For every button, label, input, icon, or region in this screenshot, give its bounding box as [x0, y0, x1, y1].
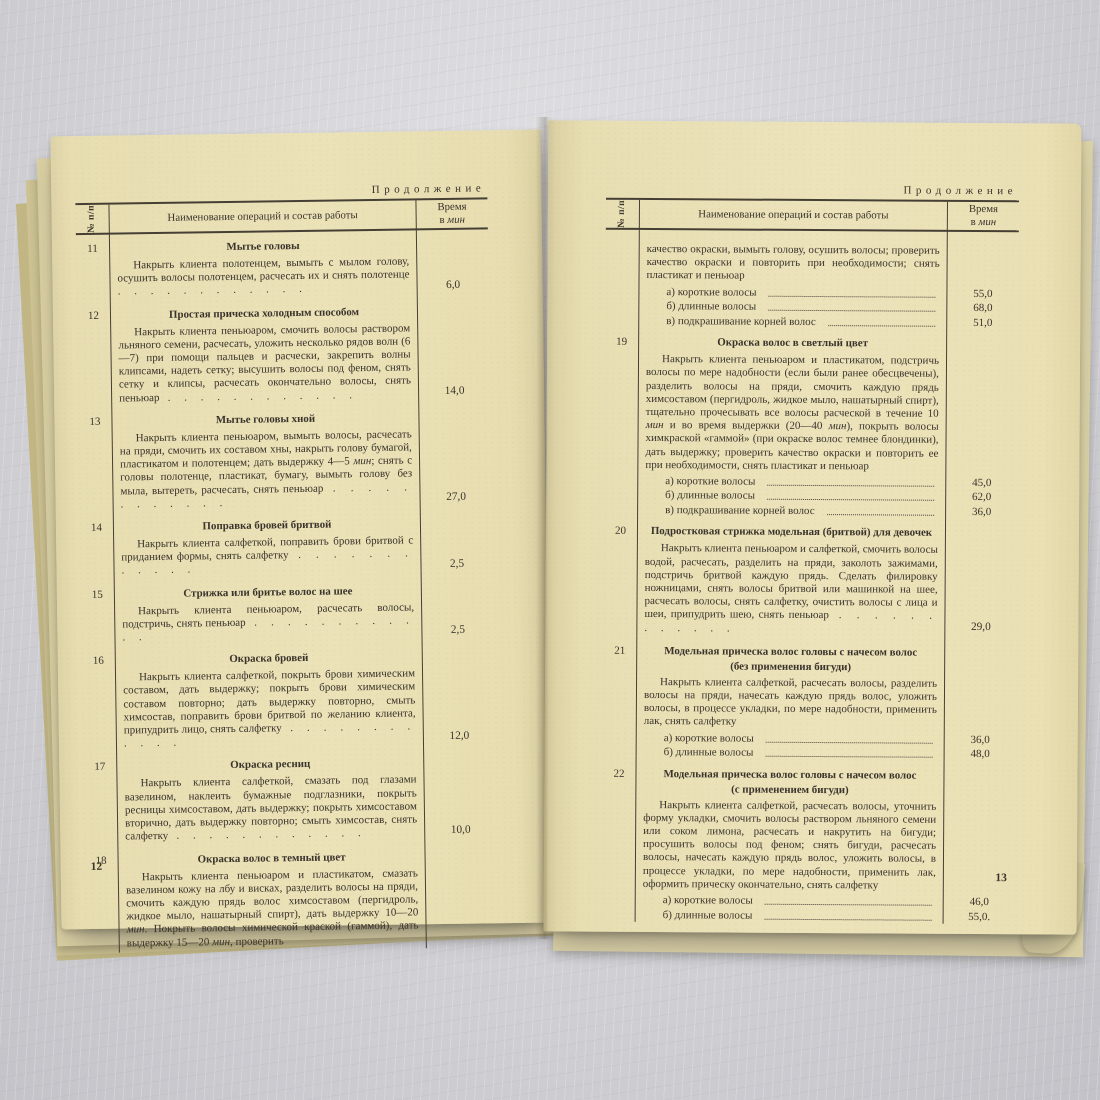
subitem-label: б) длинные волосы — [644, 745, 754, 760]
subitem: б) длинные волосы — [635, 908, 944, 924]
table-row: 18Окраска волос в темный цветНакрыть кли… — [84, 841, 497, 953]
row-number-spacer — [603, 540, 637, 637]
operation-body-row: Накрыть клиента салфеткой, расчесать вол… — [603, 674, 1016, 733]
time-value: 2,5 — [422, 624, 493, 643]
row-number-spacer — [83, 776, 117, 846]
table-body: качество окраски, вымыть голову, осушить… — [602, 230, 1019, 925]
leader-dots — [765, 756, 932, 758]
time-header-line1: Время — [969, 203, 998, 216]
header-cell-number: № п/п — [75, 205, 108, 233]
time-value: 27,0 — [420, 490, 491, 509]
subitem-label: а) короткие волосы — [643, 893, 753, 908]
operation-description: Накрыть клиента пеньюаром и салфеткой, с… — [636, 540, 946, 638]
time-value: 14,0 — [419, 384, 490, 403]
row-number: 22 — [602, 759, 635, 796]
operations-table: № п/п Наименование операций и состав раб… — [602, 198, 1019, 925]
operation-body-row: Накрыть клиента пеньюаром, смочить волос… — [77, 319, 490, 408]
subitem-label: а) короткие волосы — [645, 474, 755, 489]
time-value — [427, 942, 498, 948]
table-row: 22Модельная прическа волос головы с наче… — [602, 759, 1016, 924]
row-number-spacer — [605, 230, 638, 285]
page-number: 13 — [995, 872, 1007, 884]
operation-body-row: Накрыть клиента пеньюаром и пластикатом,… — [604, 351, 1018, 476]
row-number-spacer — [604, 351, 638, 474]
time-value: 48,0 — [945, 747, 1016, 762]
operation-body-row: Накрыть клиента пеньюаром, расчесать вол… — [81, 598, 494, 647]
row-number-spacer — [605, 284, 638, 299]
row-number: 11 — [76, 235, 109, 258]
row-number-header: № п/п — [87, 205, 97, 233]
operation-title-row: 20Подростковая стрижка модельная (бритво… — [604, 517, 1017, 543]
leader-dots — [768, 310, 935, 312]
operation-description: Накрыть клиента пеньюаром, вымыть волосы… — [112, 426, 421, 514]
operation-body-row: Накрыть клиента пеньюаром и пластикатом,… — [85, 864, 498, 953]
leader-dots — [827, 514, 934, 516]
operation-description: Накрыть клиента пеньюаром, смочить волос… — [110, 320, 419, 408]
row-number: 12 — [77, 301, 110, 324]
operation-title-cell: Подростковая стрижка модельная (бритвой)… — [637, 517, 946, 542]
row-number-spacer — [603, 674, 636, 731]
table-row: 20Подростковая стрижка модельная (бритво… — [603, 517, 1017, 639]
row-number-spacer — [80, 537, 114, 581]
time-value: 6,0 — [418, 278, 489, 297]
time-value: 12,0 — [424, 730, 495, 749]
operation-body-row: Накрыть клиента пеньюаром и салфеткой, с… — [603, 540, 1017, 639]
operation-description: Накрыть клиента пеньюаром и пластикатом,… — [637, 351, 947, 476]
operation-body-row: Накрыть клиента пеньюаром, вымыть волосы… — [79, 425, 492, 514]
table-row: 19Окраска волос в светлый цветНакрыть кл… — [604, 328, 1018, 520]
table-row: 13Мытье головы хнойНакрыть клиента пенью… — [78, 402, 491, 514]
row-number: 17 — [83, 753, 116, 776]
time-value: 62,0 — [946, 490, 1017, 505]
header-cell-time: Время в мин — [416, 199, 487, 228]
page-number: 12 — [91, 861, 103, 873]
leader-dots — [769, 295, 936, 297]
operation-description: Накрыть клиента полотенцем, вымыть с мыл… — [109, 253, 418, 301]
row-number-spacer — [82, 670, 116, 754]
operation-body-row: Накрыть клиента полотенцем, вымыть с мыл… — [76, 252, 489, 301]
leader-dots — [767, 499, 934, 501]
time-header-line2: в мин — [971, 216, 997, 229]
operation-body-row: Накрыть клиента салфеткой, расчесать вол… — [602, 796, 1016, 895]
time-value: 29,0 — [945, 621, 1016, 639]
operation-description: Накрыть клиента салфеткой, расчесать вол… — [635, 797, 945, 895]
operation-description: Накрыть клиента салфеткой, поправить бро… — [113, 532, 422, 580]
row-number-spacer — [602, 893, 635, 908]
row-number: 15 — [81, 580, 114, 603]
operation-title-row: 19Окраска волос в светлый цвет — [605, 328, 1018, 354]
header-cell-time: Время в мин — [948, 202, 1019, 230]
time-value: 45,0 — [946, 476, 1017, 491]
time-value: 10,0 — [425, 823, 496, 842]
time-header-line1: Время — [437, 201, 466, 214]
subitem-label: б) длинные волосы — [643, 908, 753, 923]
table-row: 15Стрижка или бритье волос на шееНакрыть… — [81, 575, 494, 647]
row-number-header: № п/п — [617, 200, 627, 228]
table-body: 11Мытье головыНакрыть клиента полотенцем… — [76, 229, 498, 952]
subitem-label: в) подкрашивание корней волос — [645, 503, 815, 518]
time-value: 55,0. — [944, 909, 1015, 924]
row-number-spacer — [85, 869, 119, 953]
row-number-spacer — [605, 299, 638, 314]
row-number-spacer — [81, 603, 115, 647]
row-number-spacer — [77, 324, 111, 408]
time-value: 2,5 — [421, 557, 492, 576]
subitem-label: а) короткие волосы — [644, 731, 754, 746]
operation-description: Накрыть клиента салфеткой, смазать под г… — [116, 772, 425, 846]
operation-title-row: 22Модельная прическа волос головы с наче… — [602, 759, 1015, 799]
left-page: Продолжение № п/п Наименование операций … — [50, 130, 551, 930]
leader-dots: . . . . . . . . . . . . — [168, 827, 366, 842]
table-row: 16Окраска бровейНакрыть клиента салфетко… — [82, 642, 495, 754]
operation-body-row: качество окраски, вымыть голову, осушить… — [605, 230, 1018, 287]
leader-dots — [765, 904, 932, 906]
leader-dots — [828, 325, 935, 327]
leader-dots: . . . . . . . . . . . . — [159, 389, 357, 404]
leader-dots — [767, 485, 934, 487]
time-header-line2: в мин — [439, 214, 465, 227]
row-number: 13 — [78, 407, 111, 430]
operation-description: Накрыть клиента салфеткой, покрыть брови… — [115, 666, 424, 754]
subitem-label: б) длинные волосы — [646, 299, 756, 314]
operation-description: качество окраски, вымыть голову, осушить… — [638, 230, 947, 286]
operation-title-cell: Модельная прическа волос головы с начесо… — [636, 637, 945, 676]
operation-body-row: Накрыть клиента салфеткой, покрыть брови… — [82, 665, 495, 754]
leader-dots: . . . . . . . . . . . . — [118, 283, 308, 298]
row-number: 20 — [604, 517, 637, 540]
row-number-spacer — [602, 796, 636, 893]
leader-dots: . . . . . . . . . . . . — [121, 481, 413, 510]
time-value: 36,0 — [945, 732, 1016, 747]
table-header-row: № п/п Наименование операций и состав раб… — [606, 200, 1019, 233]
leader-dots: . . . . . . . . . . . . — [121, 548, 413, 577]
row-number-spacer — [603, 730, 636, 745]
time-value: 55,0 — [947, 286, 1018, 301]
row-number-spacer — [603, 745, 636, 760]
operation-body-row: Накрыть клиента салфеткой, поправить бро… — [80, 531, 493, 580]
operation-description: Накрыть клиента пеньюаром и пластикатом,… — [118, 865, 427, 953]
row-number-spacer — [604, 488, 637, 503]
row-number: 14 — [80, 514, 113, 537]
leader-dots: . . . . . . . . . . . . — [644, 610, 937, 635]
row-number-spacer — [79, 430, 113, 514]
table-row: 14Поправка бровей бритвойНакрыть клиента… — [80, 508, 493, 580]
continuation-label: Продолжение — [606, 183, 1017, 198]
row-number-spacer — [76, 258, 110, 302]
time-value: 36,0 — [946, 505, 1017, 520]
operation-title: Подростковая стрижка модельная (бритвой)… — [637, 517, 946, 542]
leader-dots: . . . . . . . . . . . . — [124, 720, 416, 749]
operation-title-cell: Окраска волос в светлый цвет — [638, 328, 947, 353]
row-number: 19 — [605, 328, 638, 351]
row-number-spacer — [604, 503, 637, 518]
right-page: Продолжение № п/п Наименование операций … — [544, 120, 1082, 934]
subitem-label: в) подкрашивание корней волос — [646, 314, 816, 329]
operation-title-row: 21Модельная прическа волос головы с наче… — [603, 637, 1016, 677]
header-cell-number: № п/п — [606, 200, 639, 228]
row-number-spacer — [605, 313, 638, 328]
subitem-row: б) длинные волосы55,0. — [602, 907, 1015, 924]
table-row: 17Окраска ресницНакрыть клиента салфетко… — [83, 748, 496, 847]
operation-description: Накрыть клиента салфеткой, расчесать вол… — [636, 674, 945, 733]
subitem-label: б) длинные волосы — [645, 488, 755, 503]
row-number-spacer — [602, 907, 635, 922]
time-value: 68,0 — [947, 301, 1018, 316]
operation-title-cell: Модельная прическа волос головы с начесо… — [635, 760, 944, 799]
operations-table: № п/п Наименование операций и состав раб… — [75, 197, 497, 952]
table-row: 21Модельная прическа волос головы с наче… — [603, 637, 1017, 762]
operation-title: Модельная прическа волос головы с начесо… — [635, 760, 944, 785]
operation-title: Окраска волос в светлый цвет — [638, 328, 947, 353]
time-value: 51,0 — [947, 315, 1018, 330]
leader-dots — [766, 741, 933, 743]
header-cell-name: Наименование операций и состав работы — [108, 200, 416, 232]
time-value: 46,0 — [944, 895, 1015, 910]
row-number: 16 — [82, 647, 115, 670]
operation-title: Модельная прическа волос головы с начесо… — [636, 637, 945, 662]
leader-dots: . . . . . . . . . . . . — [122, 614, 414, 643]
header-cell-name: Наименование операций и состав работы — [639, 200, 948, 230]
operation-body-row: Накрыть клиента салфеткой, смазать под г… — [83, 771, 496, 847]
table-row: 11Мытье головыНакрыть клиента полотенцем… — [76, 229, 489, 301]
row-number-spacer — [604, 474, 637, 489]
leader-dots — [764, 918, 931, 920]
table-row: 12Простая прическа холодным способомНакр… — [77, 296, 490, 408]
subitem-label: а) короткие волосы — [646, 285, 756, 300]
operation-description: Накрыть клиента пеньюаром, расчесать вол… — [114, 599, 423, 647]
table-row: качество окраски, вымыть голову, осушить… — [605, 230, 1019, 331]
row-number: 21 — [603, 637, 636, 674]
